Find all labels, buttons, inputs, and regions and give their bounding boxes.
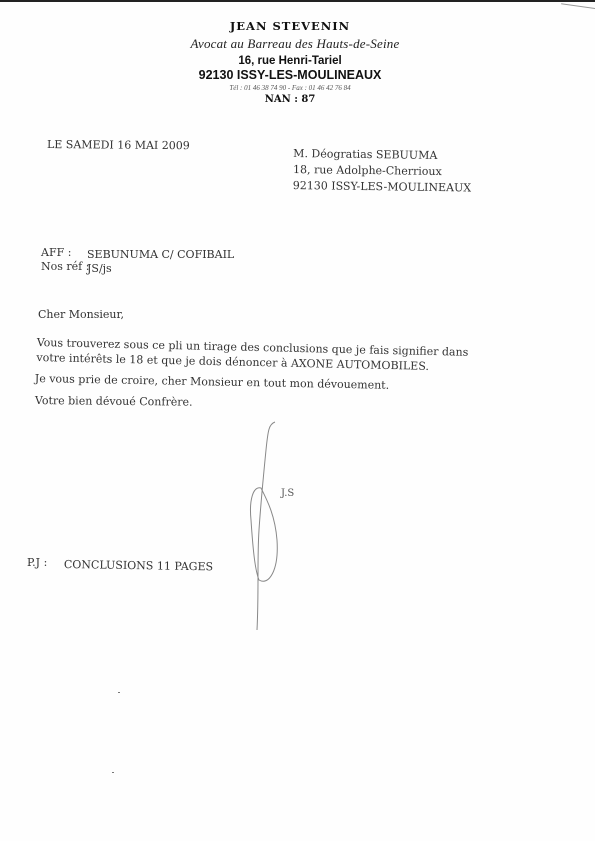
letter-page: JEAN STEVENIN Avocat au Barreau des Haut… xyxy=(0,0,595,841)
letterhead-street: 16, rue Henri-Tariel xyxy=(170,55,410,67)
letterhead-city: 92130 ISSY-LES-MOULINEAUX xyxy=(170,68,410,82)
letterhead-name: JEAN STEVENIN xyxy=(170,19,410,33)
affair-value: SEBUNUMA C/ COFIBAIL xyxy=(87,248,234,261)
letter-date: LE SAMEDI 16 MAI 2009 xyxy=(47,138,190,152)
scan-edge xyxy=(0,0,595,2)
recipient-city: 92130 ISSY-LES-MOULINEAUX xyxy=(293,178,472,196)
body-paragraph-1: Vous trouverez sous ce pli un tirage des… xyxy=(36,335,468,375)
closing-line: Votre bien dévoué Confrère. xyxy=(35,394,193,409)
enclosure-label: P.J : xyxy=(27,556,47,569)
reference-label: Nos réf : xyxy=(41,260,89,273)
greeting: Cher Monsieur, xyxy=(38,308,124,321)
letterhead-title: Avocat au Barreau des Hauts-de-Seine xyxy=(175,36,415,52)
affair-label: AFF : xyxy=(41,246,71,259)
enclosure-value: CONCLUSIONS 11 PAGES xyxy=(64,558,213,573)
reference-value: JS/js xyxy=(87,262,112,275)
scan-speck xyxy=(118,692,120,693)
scan-speck xyxy=(112,772,114,773)
letterhead-contact: Tél : 01 46 38 74 90 - Fax : 01 46 42 76… xyxy=(170,84,410,92)
letterhead-nan: NAN : 87 xyxy=(170,94,410,105)
page-curl xyxy=(559,3,595,23)
body-paragraph-2: Je vous prie de croire, cher Monsieur en… xyxy=(35,372,390,392)
signature-initials: J.S xyxy=(281,488,294,499)
handwritten-signature xyxy=(235,420,295,640)
recipient-address: M. Déogratias SEBUUMA 18, rue Adolphe-Ch… xyxy=(293,146,472,196)
